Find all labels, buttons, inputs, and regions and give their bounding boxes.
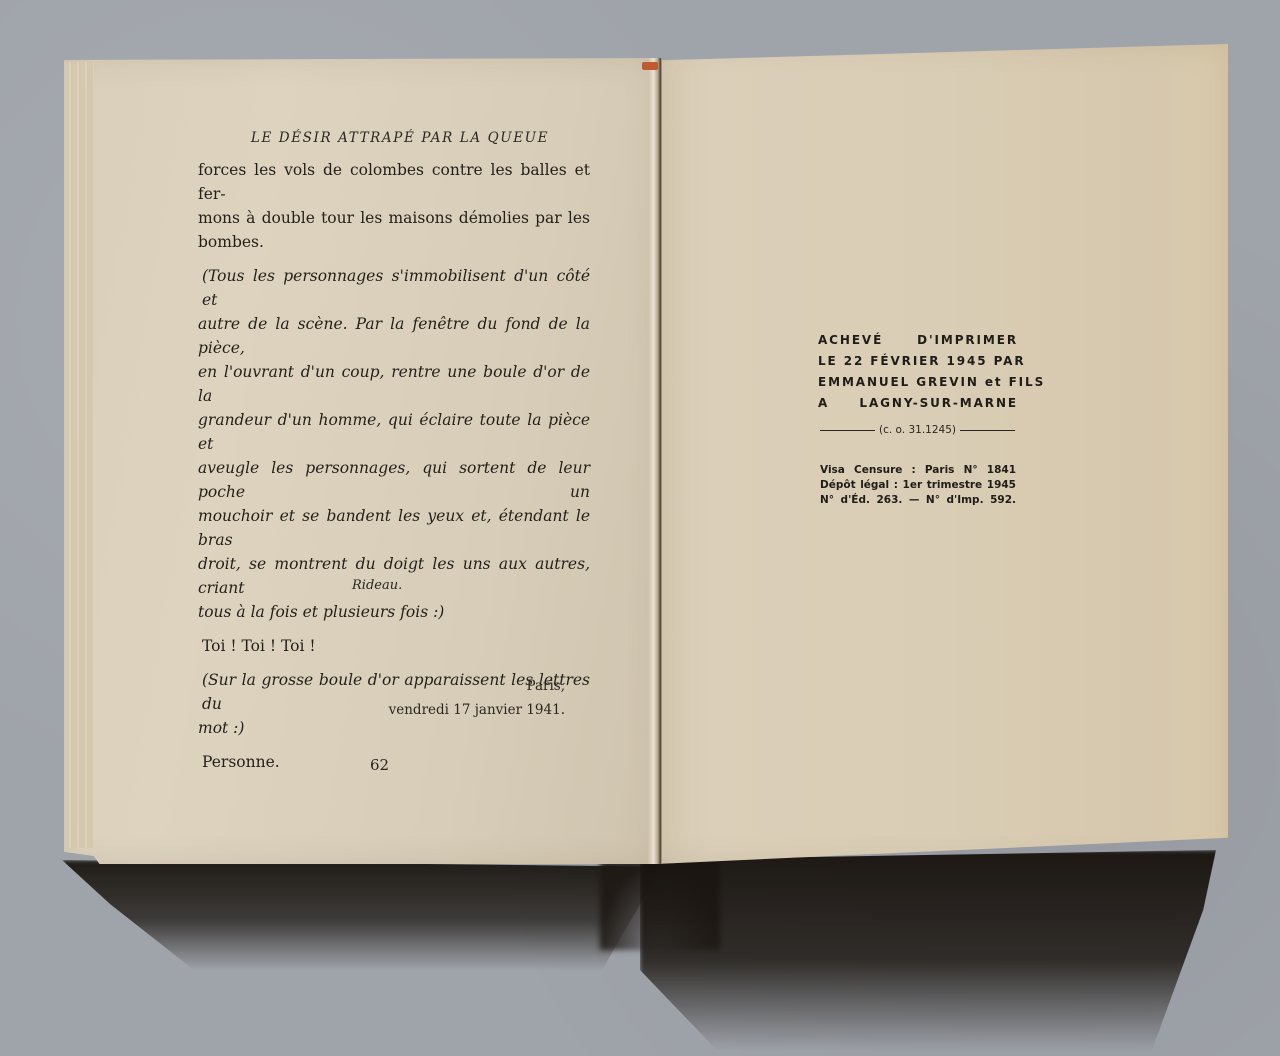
legal-line: Dépôt légal : 1er trimestre 1945 xyxy=(820,478,1016,493)
signoff-date: vendredi 17 janvier 1941. xyxy=(380,698,565,722)
text-line: forces les vols de colombes contre les b… xyxy=(198,158,590,206)
dialogue-paragraph: Toi ! Toi ! Toi ! xyxy=(198,634,590,658)
curtain-direction: Rideau. xyxy=(352,578,402,593)
printer-code: (c. o. 31.1245) xyxy=(820,424,1015,436)
page-number: 62 xyxy=(370,756,389,774)
divider xyxy=(820,430,875,431)
legal-line: N° d'Éd. 263. — N° d'Imp. 592. xyxy=(820,493,1016,508)
dialogue-paragraph: Personne. xyxy=(198,750,590,774)
book-shadow-left xyxy=(62,860,662,970)
legal-line: Visa Censure : Paris N° 1841 xyxy=(820,463,1016,478)
signoff: Paris, vendredi 17 janvier 1941. xyxy=(380,674,565,722)
signoff-place: Paris, xyxy=(380,674,565,698)
page-edges xyxy=(64,62,94,848)
legal-notice: Visa Censure : Paris N° 1841 Dépôt légal… xyxy=(820,463,1016,508)
colophon-line: LE 22 FÉVRIER 1945 PAR xyxy=(818,351,1018,372)
spine-headband xyxy=(642,62,658,70)
book-shadow-right xyxy=(640,850,1280,1050)
text-line: Toi ! Toi ! Toi ! xyxy=(198,634,590,658)
dialogue-paragraph: forces les vols de colombes contre les b… xyxy=(198,158,590,254)
text-line: en l'ouvrant d'un coup, rentre une boule… xyxy=(198,360,590,408)
colophon-line: ACHEVÉ D'IMPRIMER xyxy=(818,330,1018,351)
text-line: autre de la scène. Par la fenêtre du fon… xyxy=(198,312,590,360)
text-line: bombes. xyxy=(198,230,590,254)
text-line: grandeur d'un homme, qui éclaire toute l… xyxy=(198,408,590,456)
colophon-line: EMMANUEL GREVIN et FILS xyxy=(818,372,1018,393)
text-line: tous à la fois et plusieurs fois :) xyxy=(198,600,590,624)
text-line: (Tous les personnages s'immobilisent d'u… xyxy=(198,264,590,312)
book-spine xyxy=(648,58,662,864)
printer-code-text: (c. o. 31.1245) xyxy=(879,424,956,436)
running-head: LE DÉSIR ATTRAPÉ PAR LA QUEUE xyxy=(200,130,600,146)
colophon: ACHEVÉ D'IMPRIMER LE 22 FÉVRIER 1945 PAR… xyxy=(818,330,1018,414)
text-line: Personne. xyxy=(198,750,590,774)
right-page xyxy=(656,44,1228,864)
colophon-line: A LAGNY-SUR-MARNE xyxy=(818,393,1018,414)
text-line: mouchoir et se bandent les yeux et, éten… xyxy=(198,504,590,552)
stage-direction: (Tous les personnages s'immobilisent d'u… xyxy=(198,264,590,624)
divider xyxy=(960,430,1015,431)
text-line: aveugle les personnages, qui sortent de … xyxy=(198,456,590,504)
text-line: mons à double tour les maisons démolies … xyxy=(198,206,590,230)
